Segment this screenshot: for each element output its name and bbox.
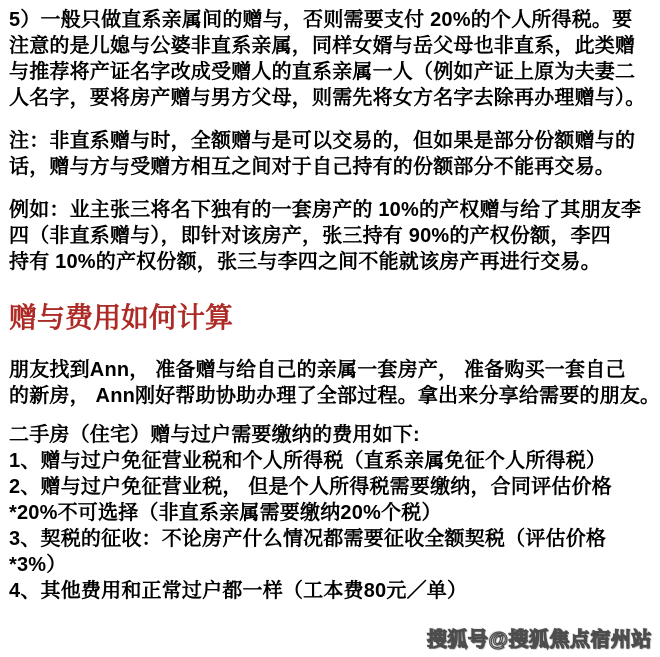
sohu-watermark: 搜狐号@搜狐焦点宿州站 bbox=[427, 628, 652, 652]
paragraph-intro-ann: 朋友找到Ann， 准备赠与给自己的亲属一套房产， 准备购买一套自己 的新房， A… bbox=[9, 357, 652, 409]
paragraph-gift-rules: 5）一般只做直系亲属间的赠与，否则需要支付 20%的个人所得税。要 注意的是儿媳… bbox=[9, 7, 652, 111]
text-line: 与推荐将产证名字改成受赠人的直系亲属一人（例如产证上原为夫妻二 bbox=[9, 59, 652, 85]
fee-item-line: 4、其他费用和正常过户都一样（工本费80元／单） bbox=[9, 578, 652, 604]
article-body: 5）一般只做直系亲属间的赠与，否则需要支付 20%的个人所得税。要 注意的是儿媳… bbox=[0, 0, 660, 604]
text-line: 话，赠与方与受赠方相互之间对于自己持有的份额部分不能再交易。 bbox=[9, 154, 652, 180]
fee-item-line: *3%） bbox=[9, 552, 652, 578]
text-line: 四（非直系赠与），即针对该房产，张三持有 90%的产权份额，李四 bbox=[9, 223, 652, 249]
section-heading: 赠与费用如何计算 bbox=[9, 301, 652, 335]
paragraph-note: 注：非直系赠与时，全额赠与是可以交易的，但如果是部分份额赠与的 话，赠与方与受赠… bbox=[9, 128, 652, 180]
text-line: 的新房， Ann刚好帮助协助办理了全部过程。拿出来分享给需要的朋友。 bbox=[9, 383, 652, 409]
text-line: 人名字，要将房产赠与男方父母，则需先将女方名字去除再办理赠与）。 bbox=[9, 85, 652, 111]
fee-list-intro-line: 二手房（住宅）赠与过户需要缴纳的费用如下: bbox=[9, 422, 652, 448]
text-line: 注意的是儿媳与公婆非直系亲属，同样女婿与岳父母也非直系，此类赠 bbox=[9, 33, 652, 59]
paragraph-fee-list: 二手房（住宅）赠与过户需要缴纳的费用如下: 1、赠与过户免征营业税和个人所得税（… bbox=[9, 422, 652, 604]
text-line: 例如：业主张三将名下独有的一套房产的 10%的产权赠与给了其朋友李 bbox=[9, 197, 652, 223]
fee-item-line: 1、赠与过户免征营业税和个人所得税（直系亲属免征个人所得税） bbox=[9, 448, 652, 474]
text-line: 5）一般只做直系亲属间的赠与，否则需要支付 20%的个人所得税。要 bbox=[9, 7, 652, 33]
text-line: 朋友找到Ann， 准备赠与给自己的亲属一套房产， 准备购买一套自己 bbox=[9, 357, 652, 383]
text-line: 持有 10%的产权份额，张三与李四之间不能就该房产再进行交易。 bbox=[9, 249, 652, 275]
paragraph-example: 例如：业主张三将名下独有的一套房产的 10%的产权赠与给了其朋友李 四（非直系赠… bbox=[9, 197, 652, 275]
fee-item-line: 3、契税的征收：不论房产什么情况都需要征收全额契税（评估价格 bbox=[9, 526, 652, 552]
fee-item-line: 2、赠与过户免征营业税， 但是个人所得税需要缴纳，合同评估价格 bbox=[9, 474, 652, 500]
text-line: 注：非直系赠与时，全额赠与是可以交易的，但如果是部分份额赠与的 bbox=[9, 128, 652, 154]
fee-item-line: *20%不可选择（非直系亲属需要缴纳20%个税） bbox=[9, 500, 652, 526]
